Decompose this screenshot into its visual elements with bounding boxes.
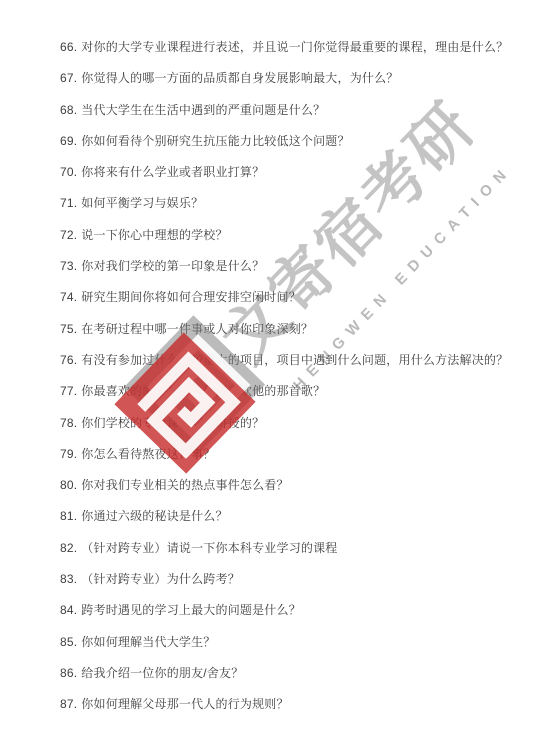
question-item: 71.如何平衡学习与娱乐？ bbox=[60, 188, 524, 219]
question-item: 86.给我介绍一位你的朋友/舍友？ bbox=[60, 658, 524, 689]
question-number: 75. bbox=[60, 322, 77, 336]
question-list: 66.对你的大学专业课程进行表述，并且说一门你觉得最重要的课程，理由是什么？67… bbox=[60, 32, 524, 721]
question-item: 72.说一下你心中理想的学校？ bbox=[60, 220, 524, 251]
question-item: 83.（针对跨专业）为什么跨考？ bbox=[60, 564, 524, 595]
question-item: 73.你对我们学校的第一印象是什么？ bbox=[60, 251, 524, 282]
question-item: 76.有没有参加过什么比较重大的项目，项目中遇到什么问题，用什么方法解决的？ bbox=[60, 345, 524, 376]
question-item: 69.你如何看待个别研究生抗压能力比较低这个问题？ bbox=[60, 126, 524, 157]
question-item: 70.你将来有什么学业或者职业打算？ bbox=[60, 157, 524, 188]
question-number: 80. bbox=[60, 478, 77, 492]
question-item: 77.你最喜欢的歌手是谁，你最喜欢他的那首歌？ bbox=[60, 376, 524, 407]
question-number: 76. bbox=[60, 353, 77, 367]
question-number: 77. bbox=[60, 384, 77, 398]
question-item: 87.你如何理解父母那一代人的行为规则？ bbox=[60, 689, 524, 720]
question-number: 73. bbox=[60, 259, 77, 273]
question-number: 68. bbox=[60, 103, 77, 117]
question-item: 66.对你的大学专业课程进行表述，并且说一门你觉得最重要的课程，理由是什么？ bbox=[60, 32, 524, 63]
question-item: 74.研究生期间你将如何合理安排空闲时间？ bbox=[60, 282, 524, 313]
question-number: 79. bbox=[60, 447, 77, 461]
question-item: 79.你怎么看待熬夜这件事？ bbox=[60, 439, 524, 470]
question-item: 80.你对我们专业相关的热点事件怎么看？ bbox=[60, 470, 524, 501]
question-number: 78. bbox=[60, 416, 77, 430]
question-number: 83. bbox=[60, 572, 77, 586]
question-number: 87. bbox=[60, 697, 77, 711]
question-number: 85. bbox=[60, 635, 77, 649]
question-number: 72. bbox=[60, 228, 77, 242]
question-number: 82. bbox=[60, 541, 77, 555]
question-item: 85.你如何理解当代大学生？ bbox=[60, 627, 524, 658]
question-number: 66. bbox=[60, 40, 77, 54]
question-item: 78.你们学校的专业课是如何讲授的？ bbox=[60, 408, 524, 439]
question-item: 68.当代大学生在生活中遇到的严重问题是什么？ bbox=[60, 95, 524, 126]
question-number: 81. bbox=[60, 509, 77, 523]
question-number: 71. bbox=[60, 196, 77, 210]
question-number: 70. bbox=[60, 165, 77, 179]
question-item: 81.你通过六级的秘诀是什么？ bbox=[60, 501, 524, 532]
question-number: 69. bbox=[60, 134, 77, 148]
question-item: 75.在考研过程中哪一件事或人对你印象深刻？ bbox=[60, 314, 524, 345]
question-item: 82.（针对跨专业）请说一下你本科专业学习的课程 bbox=[60, 533, 524, 564]
question-number: 84. bbox=[60, 603, 77, 617]
question-item: 67.你觉得人的哪一方面的品质都自身发展影响最大，为什么？ bbox=[60, 63, 524, 94]
question-number: 86. bbox=[60, 666, 77, 680]
question-item: 84.跨考时遇见的学习上最大的问题是什么？ bbox=[60, 595, 524, 626]
question-number: 74. bbox=[60, 290, 77, 304]
question-number: 67. bbox=[60, 71, 77, 85]
